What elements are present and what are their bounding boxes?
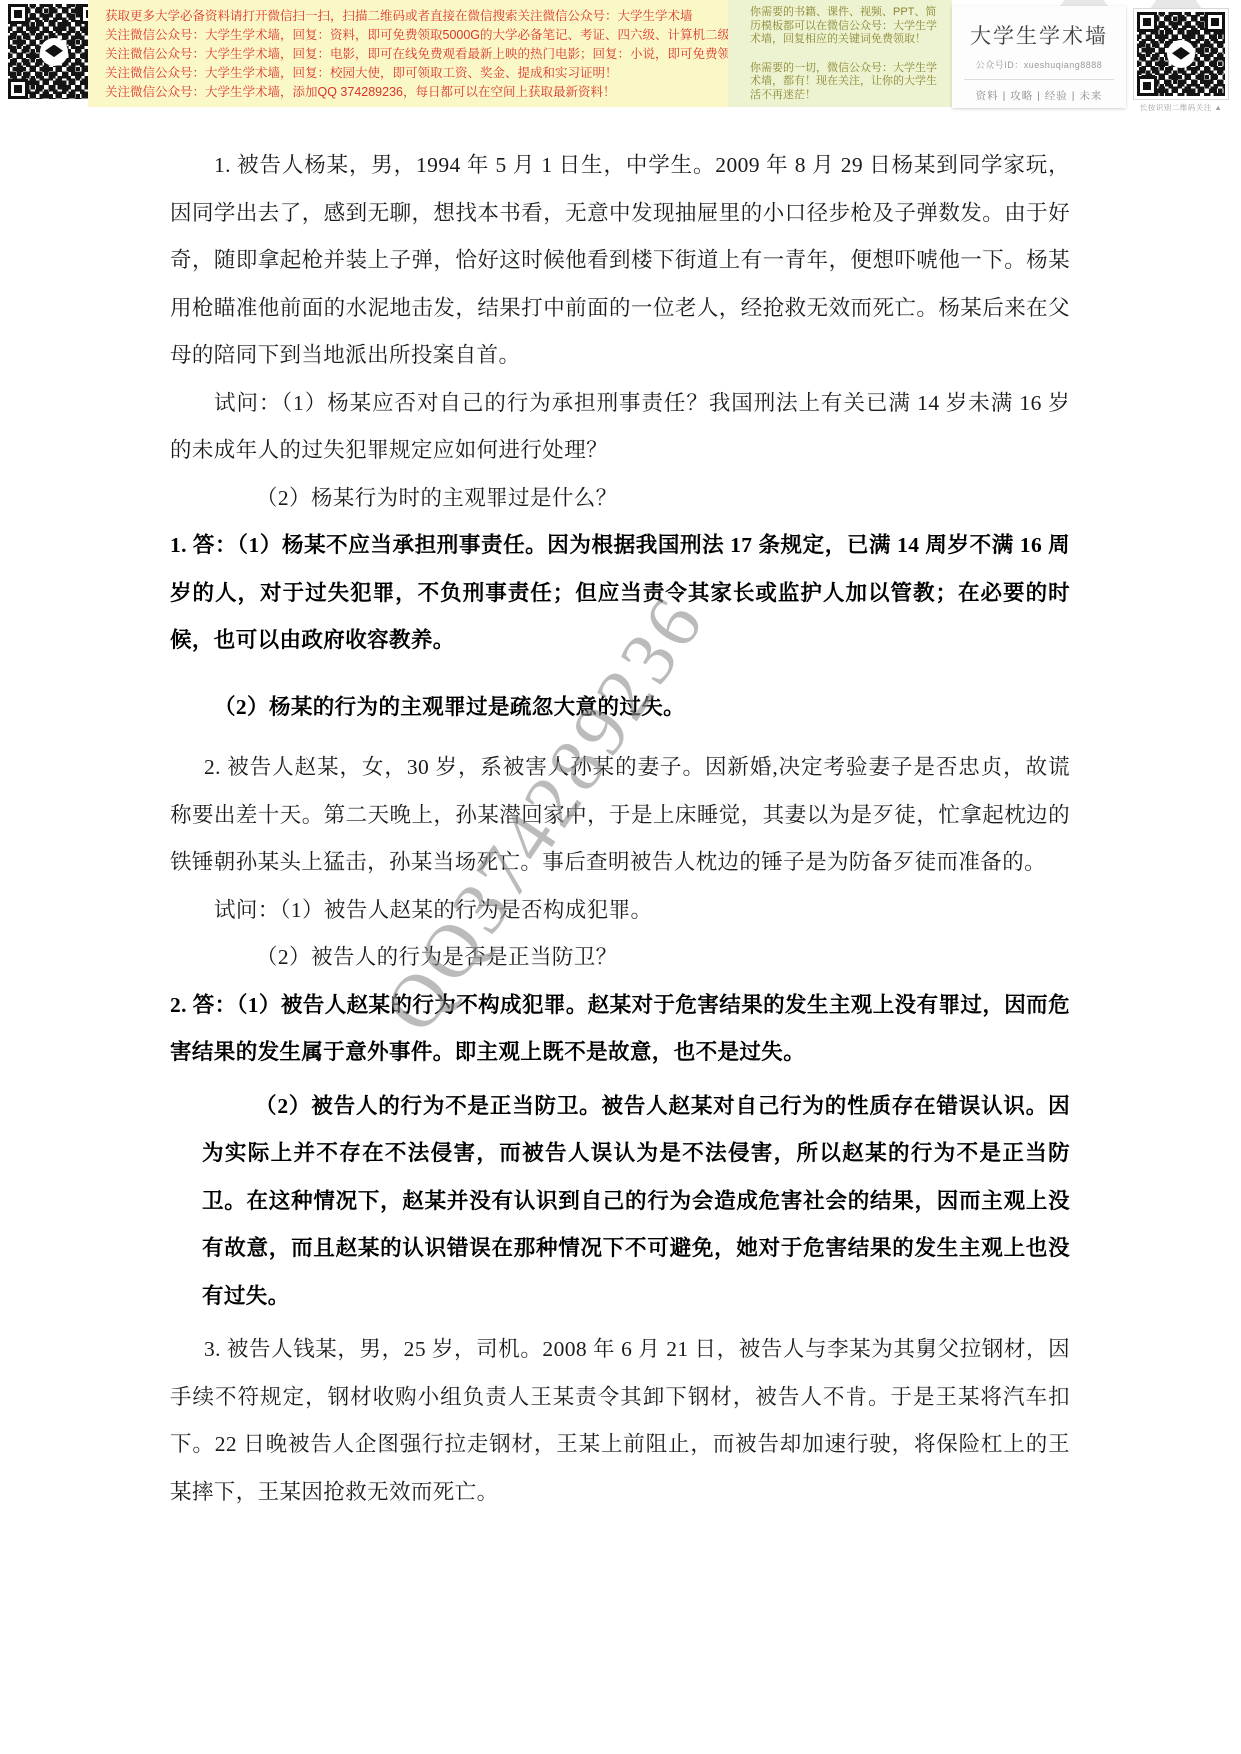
promo-line-2: 关注微信公众号：大学生学术墙，回复：资料，即可免费领取5000G的大学必备笔记、… xyxy=(105,26,728,45)
qr-finder-icon xyxy=(1205,12,1225,32)
case1-question-2: （2）杨某行为时的主观罪过是什么？ xyxy=(170,475,1070,523)
case1-facts: 1. 被告人杨某，男，1994 年 5 月 1 日生，中学生。2009 年 8 … xyxy=(170,142,1070,380)
graduation-cap-icon xyxy=(1167,40,1195,68)
case2-answer-1: 2. 答：（1）被告人赵某的行为不构成犯罪。赵某对于危害结果的发生主观上没有罪过… xyxy=(170,982,1070,1077)
qr-pattern xyxy=(8,4,100,99)
graduation-cap-icon xyxy=(40,38,68,66)
promo-line-4: 关注微信公众号：大学生学术墙，回复：校园大使，即可领取工资、奖金、提成和实习证明… xyxy=(105,64,728,83)
case1-question-1: 试问：（1）杨某应否对自己的行为承担刑事责任？我国刑法上有关已满 14 岁未满 … xyxy=(170,380,1070,475)
qr-finder-icon xyxy=(1137,76,1157,96)
brand-qr-icon xyxy=(1137,12,1225,96)
promo-line-1: 获取更多大学必备资料请打开微信扫一扫，扫描二维码或者直接在微信搜索关注微信公众号… xyxy=(105,7,728,26)
case3-facts: 3. 被告人钱某，男，25 岁，司机。2008 年 6 月 21 日，被告人与李… xyxy=(170,1326,1070,1516)
promo-line-5: 关注微信公众号：大学生学术墙，添加QQ 374289236，每日都可以在空间上获… xyxy=(105,83,728,102)
brand-account-id: 公众号ID：xueshuqiang8888 xyxy=(952,58,1126,71)
qr-finder-icon xyxy=(1137,12,1157,32)
promo-line-3: 关注微信公众号：大学生学术墙，回复：电影，即可在线免费观看最新上映的热门电影；回… xyxy=(105,45,728,64)
wechat-qr-icon xyxy=(8,4,100,99)
promo-banner: 获取更多大学必备资料请打开微信扫一扫，扫描二维码或者直接在微信搜索关注微信公众号… xyxy=(0,0,1241,114)
brand-qr-block: 长按识别二维码关注 ▲ xyxy=(1130,8,1232,112)
case1-answer-1: 1. 答：（1）杨某不应当承担刑事责任。因为根据我国刑法 17 条规定，已满 1… xyxy=(170,522,1070,665)
promo-green-bottom-text: 你需要的一切，微信公众号：大学生学术墙，都有！现在关注，让你的大学生活不再迷茫！ xyxy=(750,62,944,103)
divider xyxy=(964,79,1114,80)
qr-caption: 长按识别二维码关注 ▲ xyxy=(1130,102,1232,113)
brand-card: 大学生学术墙 公众号ID：xueshuqiang8888 资料 | 攻略 | 经… xyxy=(952,6,1126,108)
brand-keywords: 资料 | 攻略 | 经验 | 未来 xyxy=(952,88,1126,103)
case2-question-1: 试问：（1）被告人赵某的行为是否构成犯罪。 xyxy=(170,887,1070,935)
promo-yellow-strip: 获取更多大学必备资料请打开微信扫一扫，扫描二维码或者直接在微信搜索关注微信公众号… xyxy=(88,0,728,107)
document-body: 1. 被告人杨某，男，1994 年 5 月 1 日生，中学生。2009 年 8 … xyxy=(0,114,1241,1516)
qr-finder-icon xyxy=(8,4,28,24)
document-page: 获取更多大学必备资料请打开微信扫一扫，扫描二维码或者直接在微信搜索关注微信公众号… xyxy=(0,0,1241,1754)
case1-answer-2: （2）杨某的行为的主观罪过是疏忽大意的过失。 xyxy=(170,684,1070,732)
case2-facts: 2. 被告人赵某，女，30 岁，系被害人孙某的妻子。因新婚,决定考验妻子是否忠贞… xyxy=(170,744,1070,887)
promo-green-strip: 你需要的书籍、课件、视频、PPT、简历模板都可以在微信公众号：大学生学术墙，回复… xyxy=(728,0,952,107)
brand-qr-frame xyxy=(1133,8,1229,100)
case2-question-2: （2）被告人的行为是否是正当防卫？ xyxy=(170,934,1070,982)
qr-finder-icon xyxy=(8,79,28,99)
promo-green-top-text: 你需要的书籍、课件、视频、PPT、简历模板都可以在微信公众号：大学生学术墙，回复… xyxy=(750,6,944,47)
case2-answer-2: （2）被告人的行为不是正当防卫。被告人赵某对自己行为的性质存在错误认识。因为实际… xyxy=(202,1083,1070,1321)
brand-title: 大学生学术墙 xyxy=(952,20,1126,50)
